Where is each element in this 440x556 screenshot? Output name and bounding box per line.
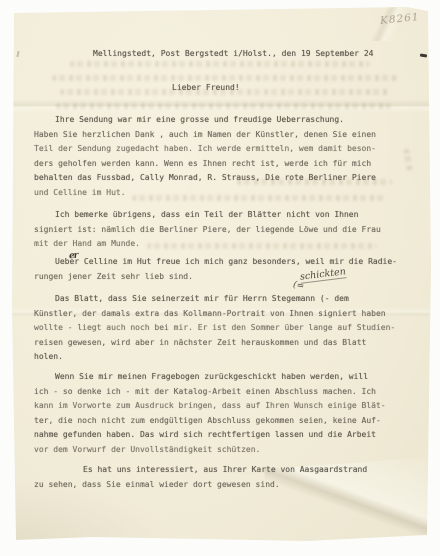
letter-line: ter, die noch nicht zum endgültigen Absc…: [34, 414, 386, 429]
letter-line: Ich bemerke übrigens, dass ein Teil der …: [34, 208, 381, 223]
paragraph: Es hat uns interessiert, aus Ihrer Karte…: [34, 463, 367, 492]
bleedthrough-smudge: [70, 61, 370, 67]
letter-line: Künstler, der damals extra das Kollmann-…: [34, 307, 395, 322]
letter-line: reisen gewesen, wird aber in nächster Ze…: [34, 336, 395, 351]
letter-line: Wenn Sie mir meinen Fragebogen zurückges…: [34, 370, 386, 385]
letter-line: Das Blatt, dass Sie seinerzeit mir für H…: [34, 292, 395, 307]
letter-line: signiert ist: nämlich die Berliner Piere…: [34, 223, 381, 238]
ink-mark: [420, 54, 427, 58]
letter-salutation: Lieber Freund!: [172, 83, 240, 92]
paragraph: Ihre Sendung war mir eine grosse und fre…: [34, 113, 376, 201]
letter-dateline: Mellingstedt, Post Bergstedt i/Holst., d…: [93, 49, 374, 58]
letter-line: kann im Vorworte zum Ausdruck bringen, d…: [34, 399, 386, 414]
paragraph: Wenn Sie mir meinen Fragebogen zurückges…: [34, 370, 386, 458]
letter-line: ich - so denke ich - mit der Katalog-Arb…: [34, 385, 386, 400]
bleedthrough-smudge: [52, 75, 397, 81]
letter-line: wollte - liegt auch noch bei mir. Er ist…: [34, 321, 395, 336]
letter-line: behalten das Fussbad, Cally Monrad, R. S…: [34, 171, 376, 186]
bleedthrough-smudge: [403, 149, 413, 172]
paragraph: Das Blatt, dass Sie seinerzeit mir für H…: [34, 292, 395, 365]
insertion-caret-mark: (=: [292, 280, 305, 292]
letter-line: holen.: [34, 350, 395, 365]
letter-line: mit der Hand am Munde.: [34, 237, 381, 252]
letter-line: Teil der Sendung zugedacht haben. Ich we…: [34, 142, 376, 157]
letter-line: ders geholfen werden kann. Wenn es Ihnen…: [34, 157, 376, 172]
catalog-number-pencil: K8261: [379, 11, 420, 27]
letter-line: Haben Sie herzlichen Dank , auch im Name…: [34, 128, 376, 143]
letter-line: nahme gefunden haben. Das wird sich rech…: [34, 428, 386, 443]
paragraph: Ich bemerke übrigens, dass ein Teil der …: [34, 208, 381, 252]
handwritten-correction: er: [69, 251, 78, 262]
scanned-letter: K8261 Mellingstedt, Post Bergstedt i/Hol…: [0, 0, 440, 556]
letter-paper: K8261 Mellingstedt, Post Bergstedt i/Hol…: [12, 7, 431, 541]
letter-line: zu sehen, dass Sie einmal wieder dort ge…: [34, 478, 367, 493]
bleedthrough-smudge: [56, 103, 391, 109]
letter-line: Ihre Sendung war mir eine grosse und fre…: [34, 113, 376, 128]
letter-line: vor dem Vorwurf der Unvollständigkeit sc…: [34, 443, 386, 458]
letter-line: und Celline im Hut.: [34, 186, 376, 201]
letter-line: Es hat uns interessiert, aus Ihrer Karte…: [34, 463, 367, 478]
margin-tick: [16, 51, 19, 57]
